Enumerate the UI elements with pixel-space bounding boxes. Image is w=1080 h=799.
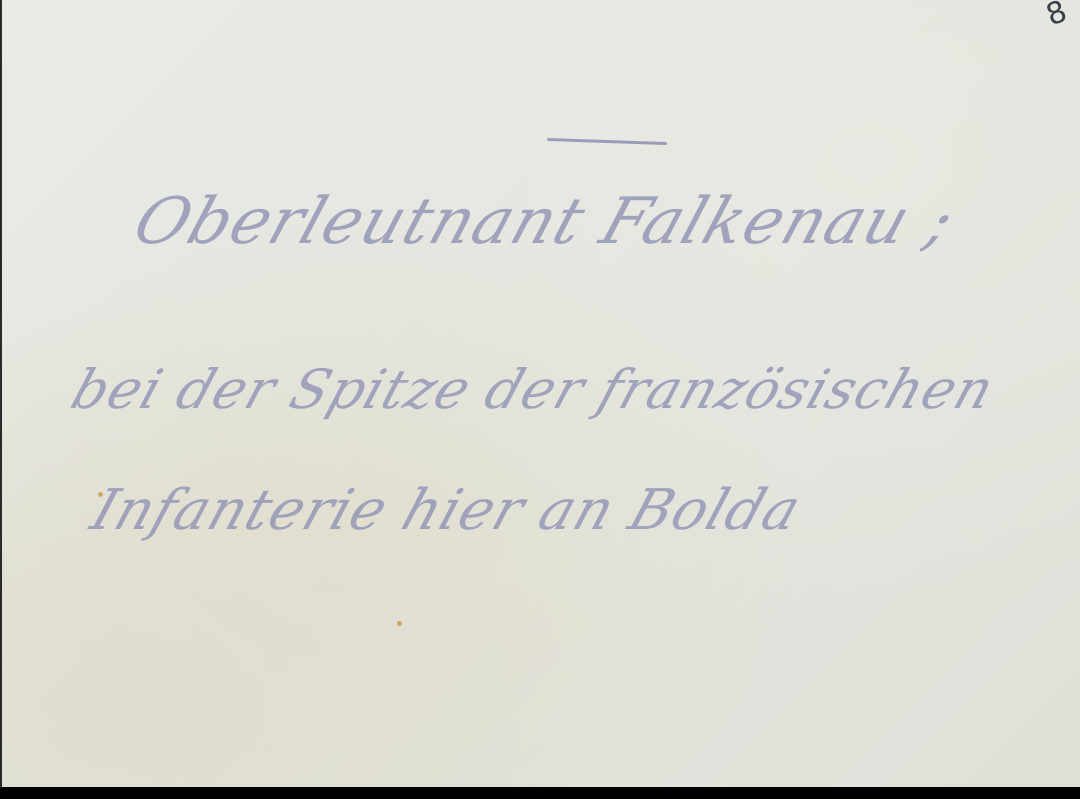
- handwritten-line-1: Oberleutnant Falkenau ;: [125, 185, 964, 259]
- corner-page-number: 8: [1041, 0, 1071, 33]
- handwritten-line-2: bei der Spitze der französischen: [64, 358, 1003, 421]
- paper-sheet: 8 Oberleutnant Falkenau ; bei der Spitze…: [0, 0, 1080, 787]
- handwriting-overstroke: [547, 138, 667, 145]
- paper-stain: [397, 621, 402, 626]
- paper-stain: [98, 492, 103, 497]
- handwritten-line-3: Infanterie hier an Bolda: [83, 478, 809, 543]
